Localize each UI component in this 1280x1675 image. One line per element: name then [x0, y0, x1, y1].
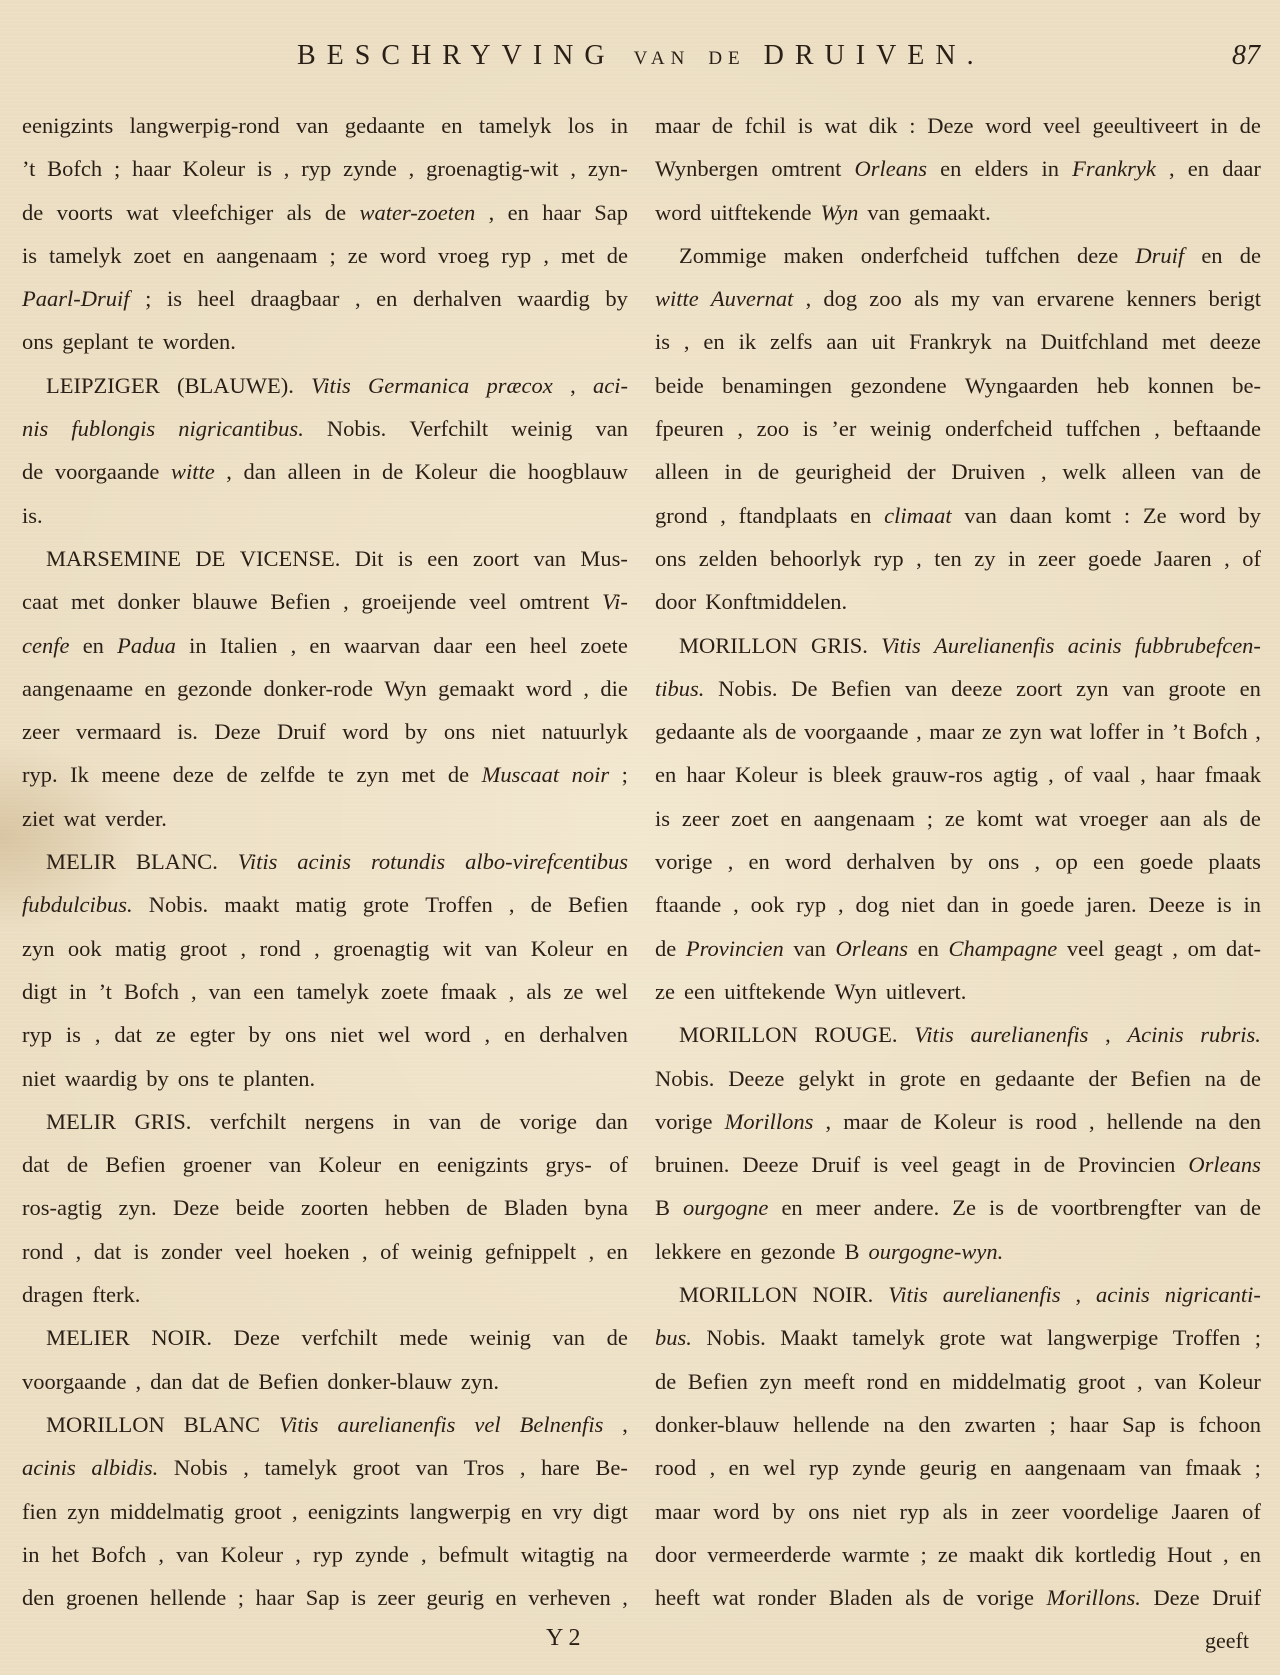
text-line: voorgaande,dandatdeBefiendonker-blauwzyn… — [22, 1360, 628, 1403]
word: zyn — [67, 1490, 100, 1533]
word: , — [76, 1230, 82, 1273]
word: de — [607, 1316, 628, 1359]
italic-word: fublongis — [71, 407, 155, 450]
word: en — [1188, 147, 1209, 190]
word: wel — [595, 970, 628, 1013]
word: word — [985, 104, 1031, 147]
italic-word: aurelianenfis — [943, 1273, 1061, 1316]
word: goede — [1139, 840, 1193, 883]
word: de — [1240, 1186, 1261, 1229]
word: te — [138, 320, 154, 363]
word: veel — [235, 1230, 272, 1273]
text-line: datdeBefiengroenervanKoleureneenigzintsg… — [22, 1143, 628, 1186]
word: middelmatig — [952, 1360, 1066, 1403]
italic-word: Vitis — [238, 840, 278, 883]
word: MORILLON — [679, 1273, 798, 1316]
word: Nobis. — [718, 667, 777, 710]
text-line: MORILLONNOIR.Vitisaurelianenfis,acinisni… — [655, 1273, 1261, 1316]
word: Bofch — [47, 147, 102, 190]
word: daar — [1222, 147, 1261, 190]
word: meene — [101, 753, 160, 796]
italic-word: vel — [474, 1403, 500, 1446]
word: gelykt — [798, 1057, 854, 1100]
word: wat — [1035, 797, 1068, 840]
text-line: donker-blauwhellendenadenzwarten;haarSap… — [655, 1403, 1261, 1446]
word: is — [257, 147, 272, 190]
word: en — [781, 1186, 802, 1229]
word: geeultiveert — [1092, 104, 1198, 147]
word: als — [526, 970, 551, 1013]
italic-word: Belnenfis — [520, 1403, 604, 1446]
word: Deze — [214, 710, 260, 753]
word: dog — [856, 883, 890, 926]
word: , — [589, 1230, 595, 1273]
word: na — [1006, 320, 1027, 363]
italic-word: Vitis — [888, 1273, 928, 1316]
word: zoete — [381, 970, 428, 1013]
word: een — [427, 537, 458, 580]
word: weinig — [870, 407, 931, 450]
word: , — [806, 277, 812, 320]
word: hellende — [793, 1403, 869, 1446]
text-line: eenigzintslangwerpig-rondvangedaanteenta… — [22, 104, 628, 147]
word: Befien — [105, 1143, 165, 1186]
word: wat — [63, 797, 96, 840]
word: met — [561, 234, 595, 277]
word: Wyn — [834, 970, 876, 1013]
word: ’t — [1172, 710, 1185, 753]
word: andere. — [874, 1186, 940, 1229]
word: , — [292, 1490, 298, 1533]
word: , — [95, 1013, 101, 1056]
italic-word: Orleans — [1188, 1143, 1261, 1186]
word: ons — [444, 710, 475, 753]
word: gemaakt — [438, 667, 514, 710]
word: zoorten — [301, 1186, 368, 1229]
word: de — [67, 1143, 88, 1186]
word: Sap — [594, 191, 628, 234]
italic-word: nigricanti- — [1165, 1273, 1261, 1316]
text-line: fpeuren,zoois’erweinigonderfcheidtuffche… — [655, 407, 1261, 450]
word: zeer — [378, 1576, 415, 1619]
word: langwerpig-rond — [130, 104, 280, 147]
word: beide — [655, 364, 704, 407]
word: (BLAUWE). — [177, 364, 294, 407]
word: is — [22, 234, 37, 277]
word: de — [1240, 234, 1261, 277]
word: de — [758, 450, 779, 493]
word: NOIR. — [813, 1273, 874, 1316]
word: be- — [1232, 364, 1261, 407]
word: aan — [1160, 797, 1191, 840]
word: , — [1137, 1360, 1143, 1403]
word: en — [1240, 667, 1261, 710]
text-line: fubdulcibus.Nobis.maaktmatiggroteTroffen… — [22, 883, 628, 926]
word: fpeuren — [655, 407, 724, 450]
italic-word: Auvernat — [711, 277, 793, 320]
word: B — [844, 1230, 859, 1273]
word: word — [655, 191, 701, 234]
word: de — [480, 1100, 501, 1143]
word: of — [1064, 753, 1083, 796]
word: van — [964, 494, 997, 537]
word: grote — [939, 1316, 985, 1359]
italic-word: nigricantibus. — [178, 407, 304, 450]
word: zyn — [1076, 667, 1109, 710]
word: zoo — [757, 407, 790, 450]
word: de — [1017, 1186, 1038, 1229]
word: en — [730, 1230, 751, 1273]
word: Konftmiddelen. — [705, 580, 847, 623]
text-line: grond,ftandplaatsenclimaatvandaankomt:Ze… — [655, 494, 1261, 537]
word: alleen — [288, 450, 342, 493]
word: langwerpige — [1047, 1316, 1158, 1359]
word: tuffchen — [1066, 407, 1141, 450]
word: zyn- — [588, 147, 628, 190]
word: , — [343, 580, 349, 623]
word: zoet — [134, 234, 171, 277]
word: Nobis. — [149, 883, 208, 926]
word: word — [526, 667, 572, 710]
word: geplant — [62, 320, 128, 363]
word: van — [1139, 1446, 1172, 1489]
word: geurig — [919, 1446, 976, 1489]
word: Italien — [220, 624, 277, 667]
text-line: alleenindegeurigheidderDruiven,welkallee… — [655, 450, 1261, 493]
italic-word: nis — [22, 407, 48, 450]
word: , — [622, 1576, 628, 1619]
word: , — [1105, 1013, 1111, 1056]
word: Koleur — [221, 1533, 283, 1576]
word: Troffen — [425, 883, 493, 926]
word: Druif — [811, 1143, 860, 1186]
text-line: maardefchiliswatdik:Dezewordveelgeeultiv… — [655, 104, 1261, 147]
word: middelmatig — [110, 1490, 224, 1533]
italic-word: noir — [572, 753, 610, 796]
word: , — [489, 191, 495, 234]
word: zoo — [869, 277, 902, 320]
word: , — [1089, 1100, 1095, 1143]
italic-word: Paarl-Druif — [22, 277, 130, 320]
text-line: gedaantealsdevoorgaande,maarzezynwatloff… — [655, 710, 1261, 753]
word: gezonde — [760, 1230, 835, 1273]
word: de — [1240, 797, 1261, 840]
word: is — [655, 320, 670, 363]
text-line: WynbergenomtrentOrleanseneldersinFrankry… — [655, 147, 1261, 190]
word: , — [485, 1013, 491, 1056]
word: op — [1055, 840, 1078, 883]
italic-word: Champagne — [949, 927, 1058, 970]
word: VICENSE. — [240, 537, 341, 580]
word: warmte — [842, 1533, 909, 1576]
word: ook — [751, 883, 785, 926]
word: Koleur — [735, 753, 797, 796]
word: ’er — [831, 407, 856, 450]
catchword: geeft — [1205, 1628, 1249, 1654]
word: veel — [469, 580, 506, 623]
word: ; — [114, 147, 120, 190]
word: planten. — [243, 1057, 315, 1100]
word: dik — [1035, 1533, 1064, 1576]
word: omtrent — [771, 147, 841, 190]
word: by — [1238, 494, 1261, 537]
word: van — [553, 1316, 586, 1359]
word: de — [655, 927, 676, 970]
word: , — [284, 147, 290, 190]
word: Koleur — [531, 927, 593, 970]
word: Befien — [831, 667, 891, 710]
italic-word: ourgogne-wyn. — [868, 1230, 1003, 1273]
italic-word: acinis — [1096, 1273, 1150, 1316]
word: en — [496, 1576, 517, 1619]
word: waarvan — [344, 624, 420, 667]
word: , — [622, 1403, 628, 1446]
word: , — [191, 970, 197, 1013]
italic-word: Frankryk — [1072, 147, 1156, 190]
text-line: MORILLONGRIS.VitisAurelianenfisacinisfub… — [655, 624, 1261, 667]
word: fmaak — [1205, 753, 1261, 796]
word: met — [71, 580, 105, 623]
word: donker-blauw — [655, 1403, 780, 1446]
word: Befien — [270, 580, 330, 623]
word: gedaante — [995, 1057, 1075, 1100]
word: de — [466, 1186, 487, 1229]
word: in — [991, 883, 1009, 926]
word: de — [226, 753, 247, 796]
italic-word: acinis — [22, 1446, 76, 1489]
word: egter — [190, 1013, 235, 1056]
word: door — [655, 580, 696, 623]
word: zonder — [161, 1230, 222, 1273]
word: voortbrengfter — [1051, 1186, 1181, 1229]
word: de — [448, 753, 469, 796]
word: dan — [947, 883, 980, 926]
word: worden. — [163, 320, 236, 363]
word: van — [1154, 1360, 1187, 1403]
text-line: is. — [22, 494, 628, 537]
word: ; — [238, 1576, 244, 1619]
italic-word: bus. — [655, 1316, 692, 1359]
word: Druif — [1212, 1576, 1261, 1619]
word: is. — [177, 710, 198, 753]
word: een — [485, 624, 516, 667]
word: de — [1044, 1143, 1065, 1186]
word: mede — [399, 1316, 448, 1359]
word: van — [992, 277, 1025, 320]
word: langwerpig — [409, 1490, 510, 1533]
text-line: Bourgogneenmeerandere.Zeisdevoortbrengft… — [655, 1186, 1261, 1229]
text-line: bruinen.DeezeDruifisveelgeagtindeProvinc… — [655, 1143, 1261, 1186]
word: komt — [1065, 494, 1111, 537]
word: zoort — [1016, 667, 1062, 710]
word: en — [607, 927, 628, 970]
word: ryp — [900, 1490, 930, 1533]
word: , — [1140, 753, 1146, 796]
word: grauw-ros — [892, 753, 983, 796]
word: niet — [22, 1057, 56, 1100]
word: ze — [945, 797, 965, 840]
word: Befien — [688, 1360, 748, 1403]
word: van — [416, 1446, 449, 1489]
word: na — [1195, 1100, 1216, 1143]
word: De — [791, 667, 817, 710]
italic-word: aurelianenfis — [338, 1403, 456, 1446]
word: ftandplaats — [739, 494, 838, 537]
word: , — [733, 883, 739, 926]
word: vorige — [976, 1576, 1033, 1619]
word: rood — [655, 1446, 696, 1489]
word: , — [1041, 450, 1047, 493]
word: kenners — [1126, 277, 1196, 320]
word: en — [960, 1057, 981, 1100]
word: groote — [1168, 667, 1225, 710]
word: ronder — [758, 1576, 817, 1619]
word: vorige — [519, 1100, 576, 1143]
word: zyn. — [118, 1186, 156, 1229]
word: , — [243, 1446, 249, 1489]
word: zyn. — [461, 1360, 499, 1403]
word: haar — [132, 147, 171, 190]
italic-word: rubris. — [1200, 1013, 1261, 1056]
italic-word: Acinis — [1127, 1013, 1183, 1056]
word: en — [781, 797, 802, 840]
word: is — [989, 1186, 1004, 1229]
word: daar — [433, 624, 472, 667]
word: fchoon — [1198, 1403, 1260, 1446]
text-line: rond,datiszonderveelhoeken,ofweiniggefni… — [22, 1230, 628, 1273]
word: Koleur — [934, 1100, 996, 1143]
word: , — [295, 1533, 301, 1576]
word: ryp — [809, 1446, 839, 1489]
word: matig — [295, 883, 346, 926]
italic-word: water-zoeten — [360, 191, 476, 234]
italic-word: Morillons — [725, 1100, 814, 1143]
word: Nobis — [174, 1446, 228, 1489]
italic-word: Provincien — [686, 927, 784, 970]
word: Troffen — [1173, 1316, 1241, 1359]
word: alleen — [655, 450, 709, 493]
word: de — [655, 1360, 676, 1403]
word: Deeze — [1149, 883, 1205, 926]
word: ; — [1255, 1446, 1261, 1489]
word: caat — [22, 580, 58, 623]
word: ; — [622, 753, 628, 796]
word: is — [134, 1230, 149, 1273]
word: dat — [94, 1230, 122, 1273]
italic-word: Vitis — [311, 364, 351, 407]
word: geagt — [952, 1143, 1001, 1186]
word: van — [867, 191, 900, 234]
word: haar — [1156, 753, 1195, 796]
word: wat — [126, 191, 159, 234]
word: aangenaame — [22, 667, 133, 710]
word: GRIS. — [135, 1100, 192, 1143]
word: als — [905, 1576, 930, 1619]
italic-word: climaat — [884, 494, 952, 537]
word: fchil — [745, 104, 786, 147]
word: tamelyk — [852, 1316, 924, 1359]
word: : — [909, 104, 915, 147]
page-number: 87 — [1232, 40, 1260, 72]
word: beide — [236, 1186, 285, 1229]
word: goede — [1088, 537, 1142, 580]
word: maar — [843, 1100, 888, 1143]
word: en — [521, 1490, 542, 1533]
word: dan — [150, 1360, 183, 1403]
word: ons — [285, 1013, 316, 1056]
word: maakt — [224, 883, 279, 926]
word: vorige — [655, 840, 712, 883]
text-line: zeeenuitftekendeWynuitlevert. — [655, 970, 1261, 1013]
text-line: heeftwatronderBladenalsdevorigeMorillons… — [655, 1576, 1261, 1619]
word: Befien — [258, 1360, 318, 1403]
word: ze — [156, 1013, 176, 1056]
word: , — [136, 1360, 142, 1403]
word: NOIR. — [151, 1316, 212, 1359]
word: veel — [1043, 104, 1080, 147]
word: zelfde — [260, 753, 315, 796]
word: gefnippelt — [485, 1230, 576, 1273]
word: blauwe — [193, 580, 258, 623]
word: zyn — [760, 1360, 793, 1403]
word: behoorlyk — [770, 537, 861, 580]
word: heb — [1097, 364, 1130, 407]
word: uitlevert. — [886, 970, 967, 1013]
word: is — [1217, 883, 1232, 926]
word: in — [725, 450, 743, 493]
word: groeijende — [361, 580, 456, 623]
word: konnen — [1148, 364, 1214, 407]
word: het — [52, 1533, 80, 1576]
word: heeft — [655, 1576, 700, 1619]
italic-word: Vitis — [279, 1403, 319, 1446]
italic-word: aurelianenfis — [970, 1013, 1088, 1056]
word: berigt — [1209, 277, 1261, 320]
word: ; — [145, 277, 151, 320]
word: Nobis. — [327, 407, 386, 450]
word: is — [803, 407, 818, 450]
word: meer — [816, 1186, 861, 1229]
word: van — [429, 1100, 462, 1143]
word: BLANC. — [136, 840, 218, 883]
word: in — [1041, 147, 1059, 190]
word: , — [1169, 147, 1175, 190]
word: van — [296, 104, 329, 147]
word: en — [655, 753, 676, 796]
word: Deze — [927, 104, 973, 147]
word: of — [609, 1143, 628, 1186]
word: Wynbergen — [655, 147, 758, 190]
word: en — [1201, 234, 1222, 277]
word: gezonde — [177, 667, 252, 710]
word: word — [380, 234, 426, 277]
word: in — [981, 1490, 999, 1533]
word: : — [1124, 494, 1130, 537]
italic-word: Wyn — [820, 191, 858, 234]
word: ze — [348, 234, 368, 277]
word: , — [1154, 407, 1160, 450]
word: Ze — [1143, 494, 1167, 537]
word: deze — [1077, 234, 1118, 277]
text-line: MORILLONROUGE.Vitisaurelianenfis,Acinisr… — [655, 1013, 1261, 1056]
word: en — [398, 1143, 419, 1186]
word: dat — [114, 1013, 142, 1056]
word: maar — [929, 710, 974, 753]
text-line: witteAuvernat,dogzooalsmyvanervarenekenn… — [655, 277, 1261, 320]
text-line: dengroenenhellende;haarSapiszeergeurigen… — [22, 1576, 628, 1619]
word: derhalven — [413, 277, 502, 320]
italic-word: Vitis — [881, 624, 921, 667]
